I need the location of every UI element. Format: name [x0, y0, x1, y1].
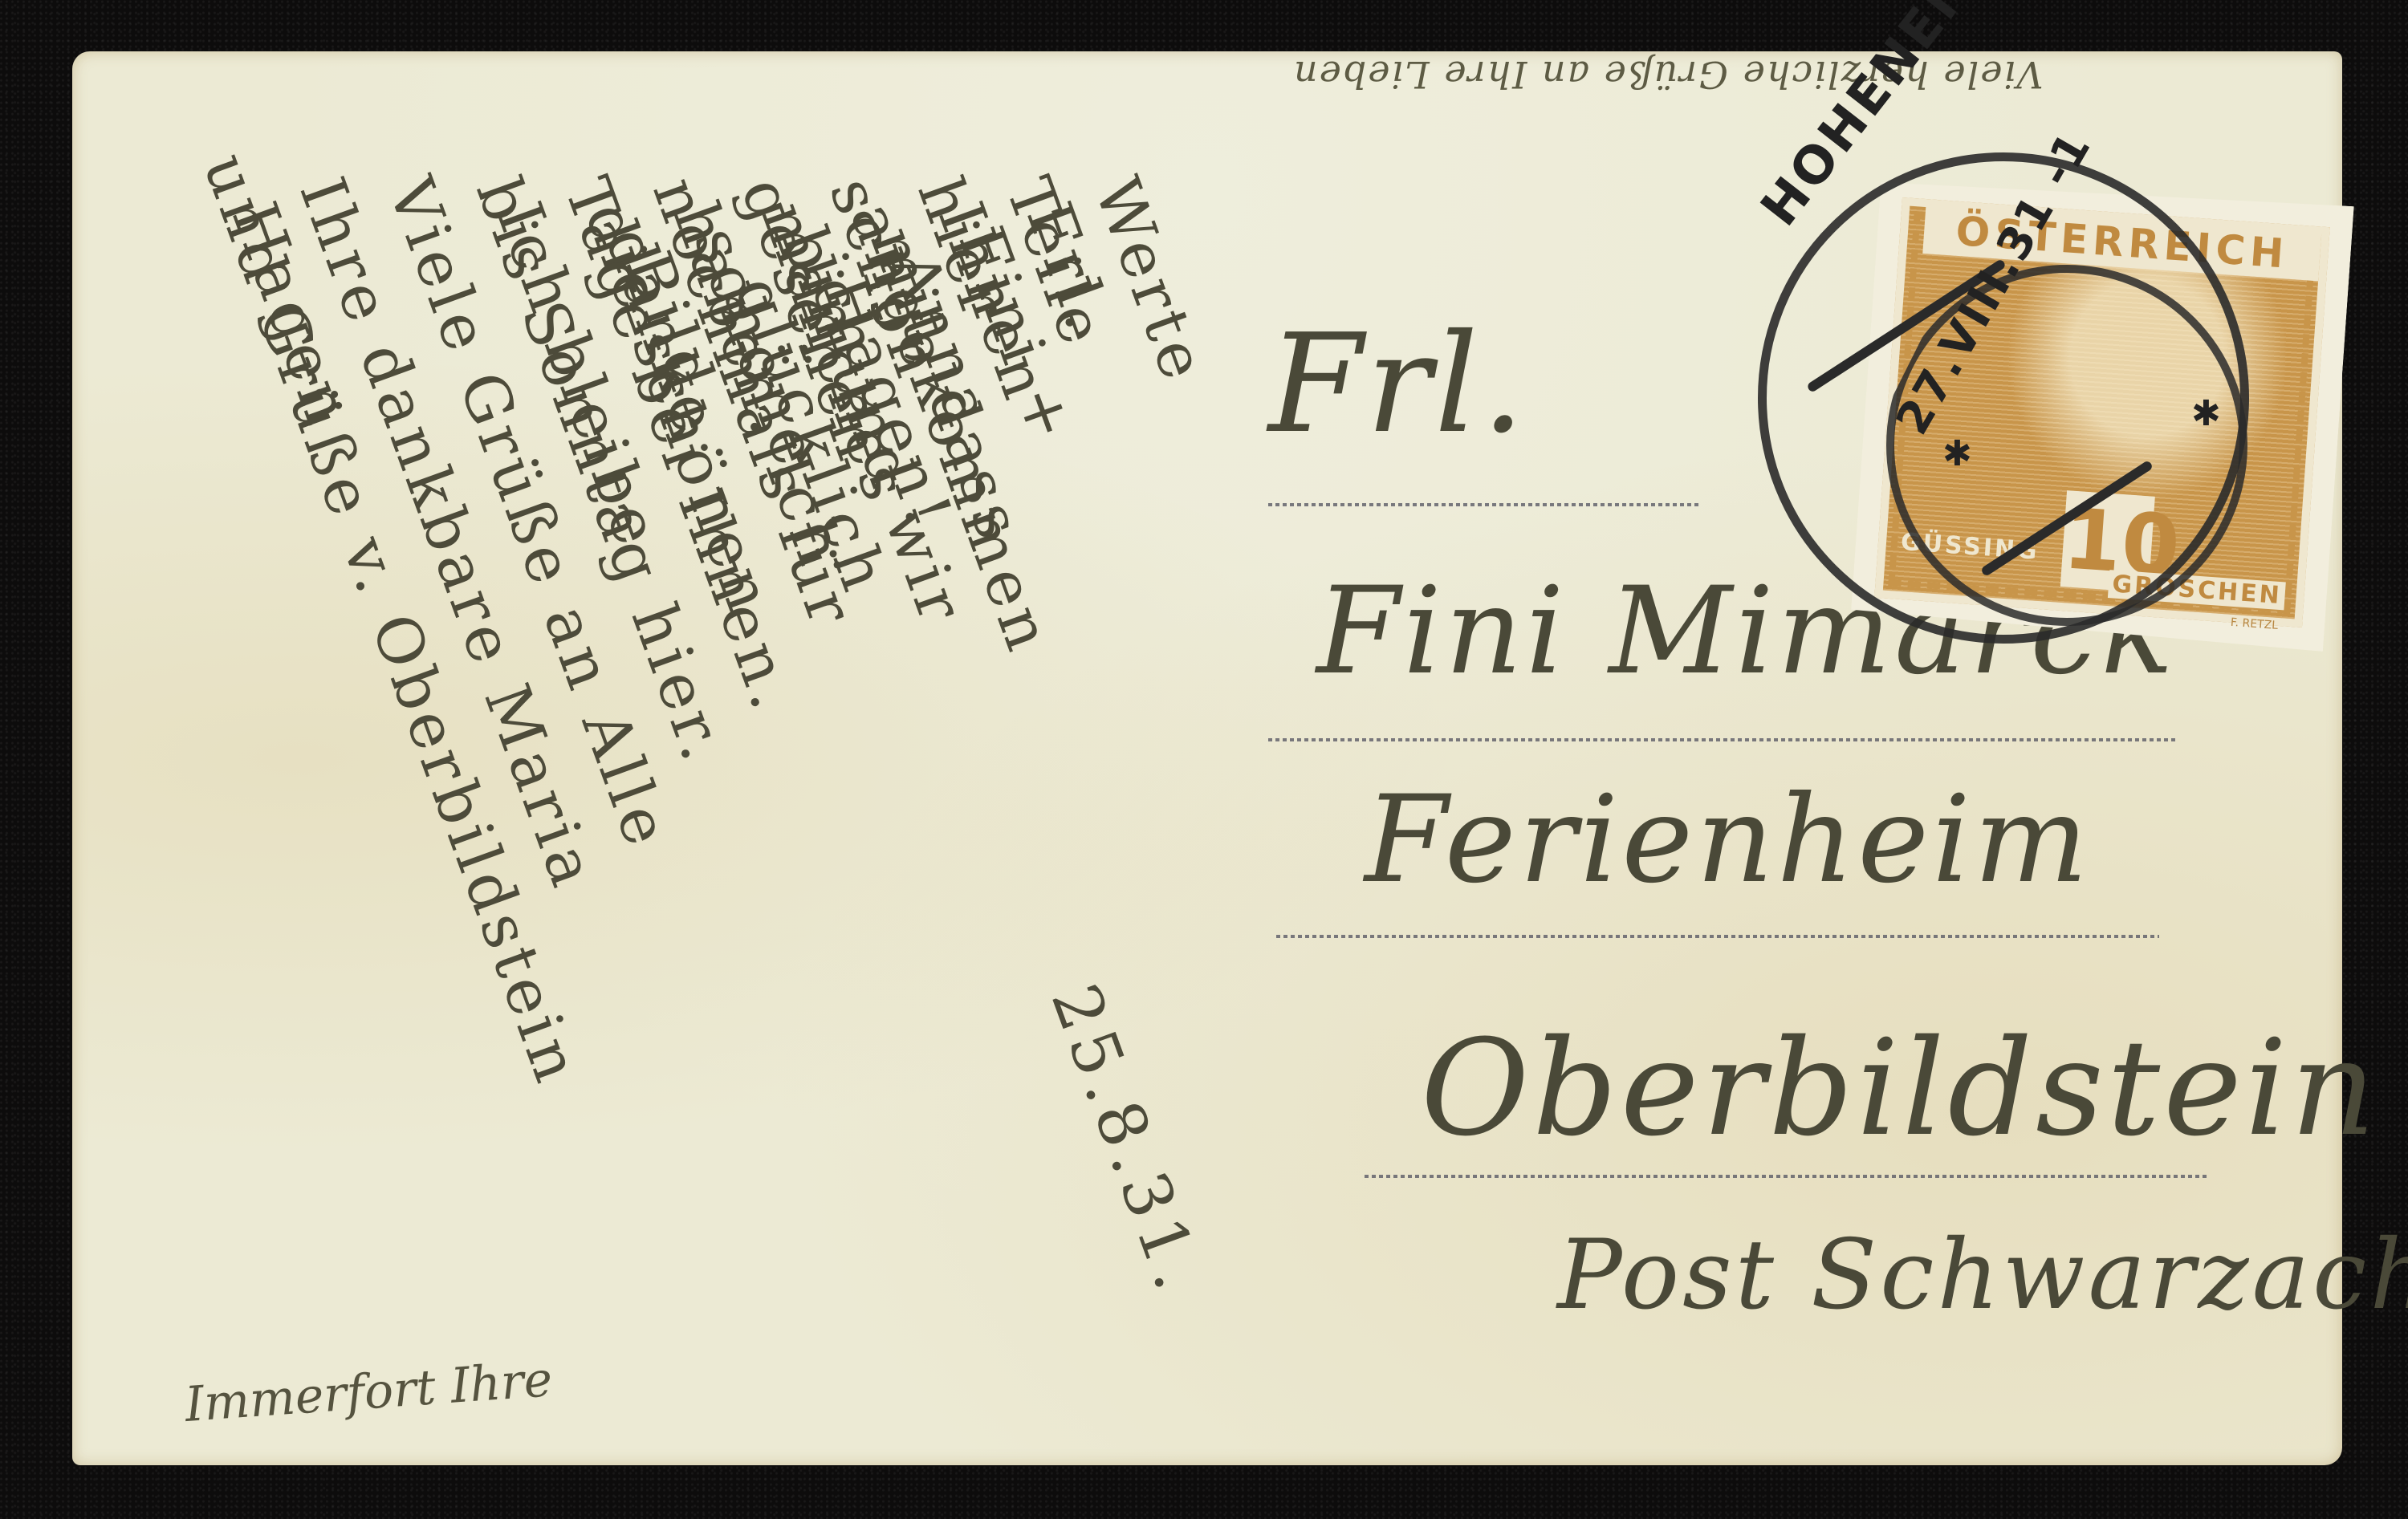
address-rule — [1365, 1175, 2207, 1178]
postmark-star-icon: ✱ — [1942, 433, 1972, 474]
address-town: Oberbildstein — [1421, 1011, 2379, 1165]
message-block: Werte Frl. Fini + Anna Hagen! Teile Ihne… — [96, 80, 1300, 1444]
address-rule — [1268, 738, 2175, 741]
address-rule — [1276, 935, 2159, 938]
address-street: Ferienheim — [1365, 770, 2091, 910]
postmark-inner-ring — [1886, 265, 2247, 626]
address-salutation: Frl. — [1268, 305, 1528, 464]
stamp-designer: F. RETZL — [2230, 616, 2278, 632]
address-post: Post Schwarzach — [1557, 1220, 2408, 1331]
address-rule — [1268, 503, 1702, 506]
postmark-star-icon: ✱ — [2191, 393, 2221, 434]
